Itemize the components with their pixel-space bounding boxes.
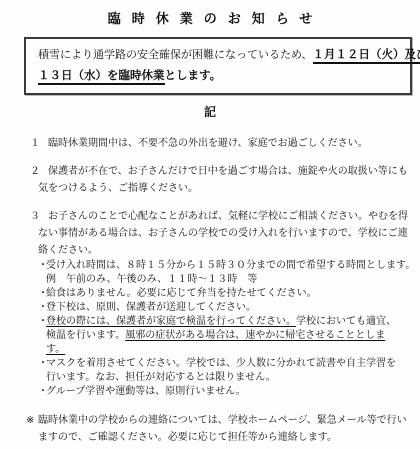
footnote-text: 臨時休業中の学校からの連絡については、学校ホームページ、緊急メール等で行い: [38, 415, 407, 426]
bullet-marker: ・: [38, 287, 46, 301]
bullet-temperature-continuation: す。: [38, 343, 420, 357]
bullet-text: マスクを着用させてください。学校では、少人数に分かれて読書や自主学習を: [46, 358, 396, 369]
bullet-marker: ・: [38, 315, 46, 329]
item-number: ２: [30, 163, 48, 180]
numbered-item-1: １臨時休業期間中は、不要不急の外出を避け、家庭でお過ごしください。: [30, 135, 420, 152]
item-line: ３お子さんのことで心配なことがあれば、気軽に学校にご相談ください。やむを得: [30, 208, 420, 225]
box-text-dates-part1: １月１２日（火）及び: [313, 49, 420, 64]
bullet-marker: ・: [38, 385, 46, 399]
document-title: 臨時休業のお知らせ: [0, 0, 420, 27]
numbered-list: １臨時休業期間中は、不要不急の外出を避け、家庭でお過ごしください。 ２保護者が不…: [0, 135, 420, 399]
footnote-line-continuation: ますので、ご確認ください。必要に応じて担任等から連絡します。: [26, 429, 420, 446]
footnote-marker: ※: [26, 412, 38, 429]
box-text-dates-part2: １３日（水）を臨時休業: [38, 70, 165, 85]
bullet-marker: ・: [38, 357, 46, 371]
item-line-continuation: ない事情がある場合は、お子さんの学校での受け入れを行いますので、学校にご連: [38, 225, 420, 242]
ki-heading: 記: [0, 103, 420, 120]
bullet-temperature-continuation: 検温を行います。風邪の症状がある場合は、速やかに帰宅させることとしま: [38, 329, 420, 343]
footnote: ※臨時休業中の学校からの連絡については、学校ホームページ、緊急メール等で行い ま…: [0, 412, 420, 446]
bullet-text: グループ学習や運動等は、原則行いません。: [46, 386, 246, 397]
bullet-item-temperature: ・登校の際には、保護者が家庭で検温を行ってください。学校においても適宜、: [38, 315, 420, 329]
box-text-tail: とします。: [165, 70, 222, 82]
item-line-continuation: 絡ください。: [38, 242, 420, 259]
box-text-lead: 積雪により通学路の安全確保が困難になっているため、: [38, 49, 313, 61]
bullet-item-mask: ・マスクを着用させてください。学校では、少人数に分かれて読書や自主学習を: [38, 357, 420, 371]
numbered-item-3: ３お子さんのことで心配なことがあれば、気軽に学校にご相談ください。やむを得 ない…: [30, 208, 420, 399]
bullet-item-hours: ・受け入れ時間は、８時１５分から１５時３０分までの間で希望する時間とします。: [38, 259, 420, 273]
sub-bullet-list: ・受け入れ時間は、８時１５分から１５時３０分までの間で希望する時間とします。 例…: [30, 259, 420, 399]
item-line: １臨時休業期間中は、不要不急の外出を避け、家庭でお過ごしください。: [30, 135, 420, 152]
bullet-text: 登下校は、原則、保護者が送迎してください。: [46, 302, 256, 313]
item-line: ２保護者が不在で、お子さんだけで日中を過ごす場合は、施錠や火の取扱い等にも: [30, 163, 420, 180]
item-text: 保護者が不在で、お子さんだけで日中を過ごす場合は、施錠や火の取扱い等にも: [48, 166, 408, 177]
item-line-continuation: 気をつけるよう、ご指導ください。: [38, 180, 420, 197]
notice-box-text: 積雪により通学路の安全確保が困難になっているため、１月１２日（火）及び １３日（…: [38, 45, 398, 87]
footnote-line: ※臨時休業中の学校からの連絡については、学校ホームページ、緊急メール等で行い: [26, 412, 420, 429]
bullet-text: 学校においても適宜、: [296, 316, 396, 327]
notice-document: 臨時休業のお知らせ 積雪により通学路の安全確保が困難になっているため、１月１２日…: [0, 0, 420, 449]
bullet-text: 受け入れ時間は、８時１５分から１５時３０分までの間で希望する時間とします。: [46, 260, 415, 271]
bullet-mask-continuation: 行います。なお、担任が対応するとは限りません。: [38, 371, 420, 385]
notice-box: 積雪により通学路の安全確保が困難になっているため、１月１２日（火）及び １３日（…: [24, 37, 412, 95]
bullet-text-underlined: 風邪の症状がある場合は、速やかに帰宅させることとしま: [125, 330, 385, 341]
bullet-text: 検温を行います。: [46, 330, 125, 341]
numbered-item-2: ２保護者が不在で、お子さんだけで日中を過ごす場合は、施錠や火の取扱い等にも 気を…: [30, 163, 420, 197]
item-number: １: [30, 135, 48, 152]
bullet-item-group: ・グループ学習や運動等は、原則行いません。: [38, 385, 420, 399]
item-text: お子さんのことで心配なことがあれば、気軽に学校にご相談ください。やむを得: [48, 211, 408, 222]
bullet-item-commute: ・登下校は、原則、保護者が送迎してください。: [38, 301, 420, 315]
bullet-hours-example: 例 午前のみ、午後のみ、１１時～１３時 等: [38, 273, 420, 287]
bullet-item-lunch: ・給食はありません。必要に応じて弁当を持たせてください。: [38, 287, 420, 301]
bullet-text-underlined: す。: [46, 344, 65, 355]
bullet-text: 給食はありません。必要に応じて弁当を持たせてください。: [46, 288, 317, 299]
item-text: 臨時休業期間中は、不要不急の外出を避け、家庭でお過ごしください。: [48, 138, 368, 149]
bullet-text-underlined: 登校の際には、保護者が家庭で検温を行ってください。: [46, 316, 296, 327]
item-number: ３: [30, 208, 48, 225]
bullet-marker: ・: [38, 301, 46, 315]
bullet-marker: ・: [38, 259, 46, 273]
